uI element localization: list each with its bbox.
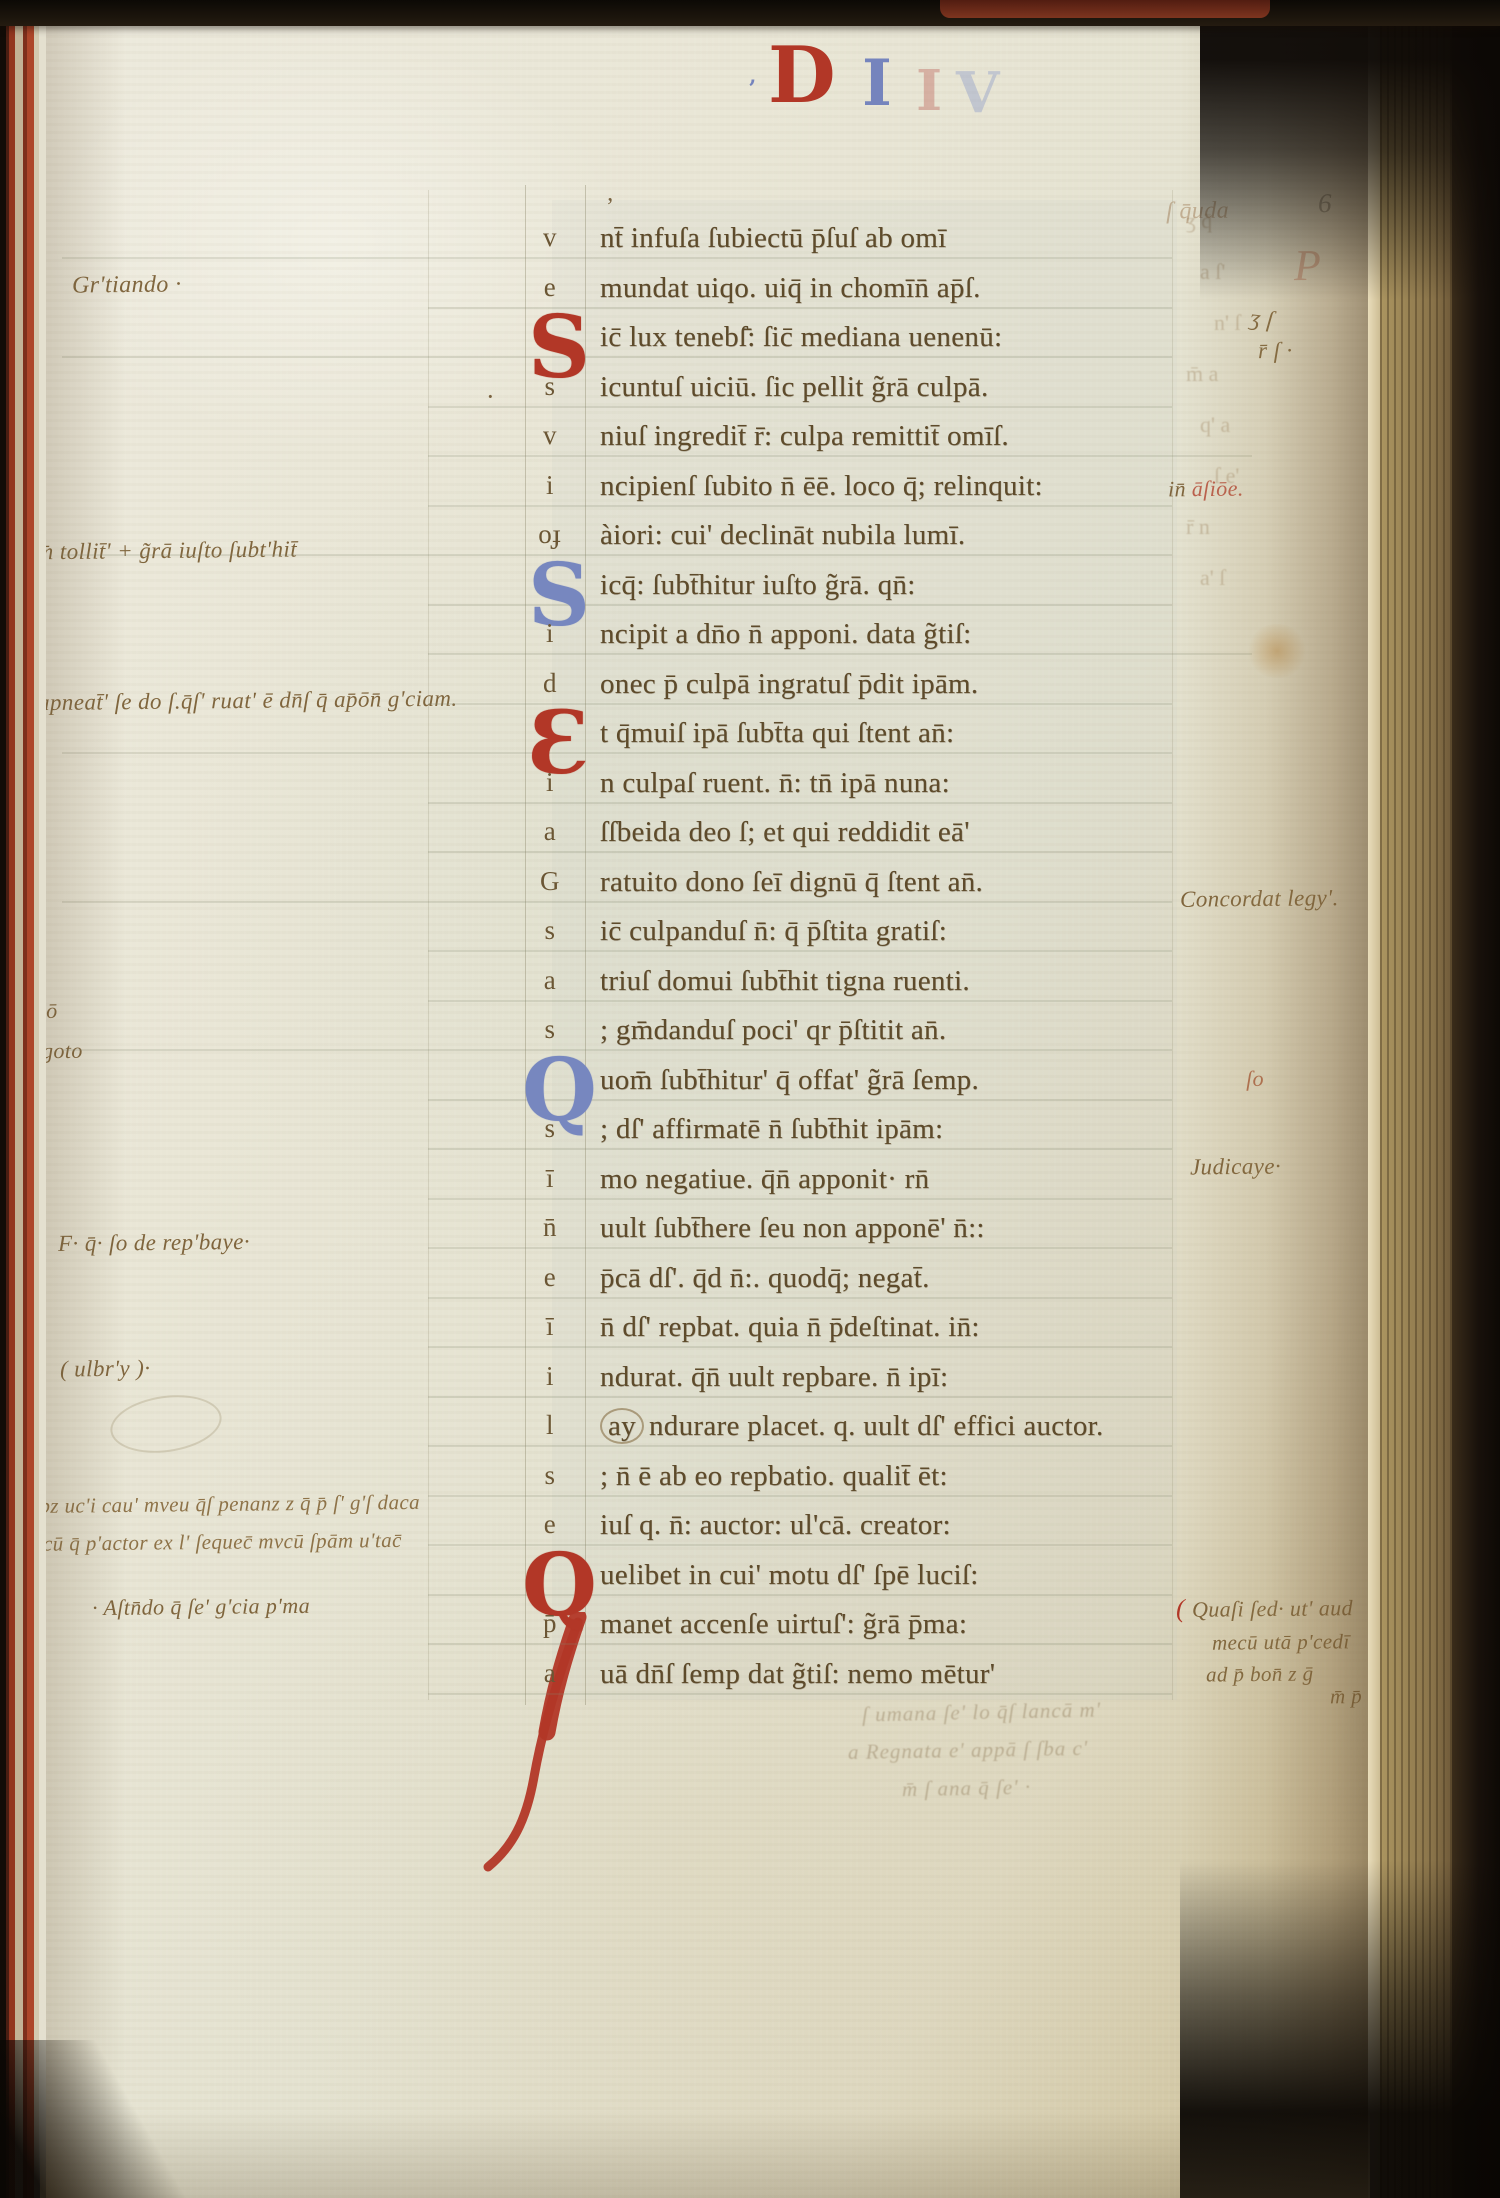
- line-text-body: t q̄muiſ ipā ſubt̄ta qui ſtent an̄:: [600, 717, 954, 749]
- line-text: uom̄ ſubt̄hitur' q̄ offat' g̃rā ſemp.: [600, 1064, 979, 1097]
- text-line: eiuſ q. n̄: auctor: ul'cā. creator:: [0, 1509, 1500, 1553]
- line-text-body: ; n̄ ē ab eo repbatio. qualit̄ ēt:: [600, 1460, 948, 1492]
- line-text: ratuito dono ſeī dignū q̄ ſtent an̄.: [600, 866, 983, 899]
- bottom-shade: [40, 2110, 1370, 2198]
- line-text: uelibet in cui' motu dſ' ſpē luciſ:: [600, 1559, 979, 1592]
- line-initial: i: [520, 470, 580, 501]
- line-text: mundat uiqo. uiq̄ in chomīn̄ ap̄ſ.: [600, 272, 981, 305]
- line-initial: i: [520, 618, 580, 649]
- ghost-bleedthrough-row: n' ſ: [1214, 310, 1241, 336]
- line-text: uult ſubt̄here ſeu non apponē' n̄::: [600, 1212, 985, 1245]
- text-line: uom̄ ſubt̄hitur' q̄ offat' g̃rā ſemp.: [0, 1064, 1500, 1108]
- line-text: icq̄: ſubt̄hitur iuſto g̃rā. qn̄:: [600, 569, 916, 602]
- line-text: ic̄ culpanduſ n̄: q̄ p̄ſtita gratiſ:: [600, 915, 947, 948]
- margin-mark-six: 6: [1318, 188, 1332, 219]
- line-initial: i: [520, 767, 580, 798]
- text-line: indurat. q̄n̄ uult repbare. n̄ ipī:: [0, 1361, 1500, 1405]
- text-line: īn̄ dſ' repbat. quia n̄ p̄deſtinat. in̄:: [0, 1311, 1500, 1355]
- line-text-body: ncipienſ ſubito n̄ ēē. loco q̄; relinqui…: [600, 470, 1043, 502]
- ghost-bleedthrough-row: a ſ': [1200, 259, 1225, 285]
- line-initial: ī: [520, 1163, 580, 1194]
- line-text-body: mo negatiue. q̄n̄ apponit· rn̄: [600, 1163, 929, 1195]
- ghost-bleedthrough-row: ſ e': [1214, 463, 1239, 489]
- ghost-bleedthrough-row: ʒ q̄: [1186, 208, 1212, 234]
- line-initial: s: [520, 915, 580, 946]
- line-initial: a: [520, 965, 580, 996]
- text-line: īmo negatiue. q̄n̄ apponit· rn̄: [0, 1163, 1500, 1207]
- line-initial: G: [520, 866, 580, 897]
- line-initial: i: [520, 1361, 580, 1392]
- header-letter-v-faded: V: [956, 60, 999, 126]
- text-line: emundat uiqo. uiq̄ in chomīn̄ ap̄ſ.: [0, 272, 1500, 316]
- line-initial: e: [520, 1262, 580, 1293]
- line-text: onec p̄ culpā ingratuſ p̄dit ipām.: [600, 668, 978, 701]
- line-text: manet accenſe uirtuſ': g̃rā p̄ma:: [600, 1608, 967, 1641]
- text-line: sic̄ culpanduſ n̄: q̄ p̄ſtita gratiſ:: [0, 915, 1500, 959]
- line-text: àiori: cui' declināt nubila lumī.: [600, 519, 965, 552]
- text-line: uelibet in cui' motu dſ' ſpē luciſ:: [0, 1559, 1500, 1603]
- line-text: ; dſ' affirmatē n̄ ſubt̄hit ipām:: [600, 1113, 943, 1146]
- line-text-body: nt̄ infuſa ſubiectū p̄ſuſ ab omī: [600, 222, 946, 254]
- line-text-body: ncipit a dn̄o n̄ apponi. data g̃tiſ:: [600, 618, 972, 650]
- showthrough-line-2: a Regnata e' appā ſ ſba c': [848, 1736, 1089, 1765]
- header-letter-i: I: [862, 46, 892, 121]
- line-text: iuſ q. n̄: auctor: ul'cā. creator:: [600, 1509, 951, 1542]
- line-text: ndurat. q̄n̄ uult repbare. n̄ ipī:: [600, 1361, 948, 1394]
- text-line: sicuntuſ uiciū. ſic pellit g̃rā culpā.: [0, 371, 1500, 415]
- text-line: incipienſ ſubito n̄ ēē. loco q̄; relinqu…: [0, 470, 1500, 514]
- line-text-body: p̄cā dſ'. q̄d n̄:. quodq̄; negat̄.: [600, 1262, 930, 1294]
- text-line: aſſbeida deo ſ; et qui reddidit eā': [0, 816, 1500, 860]
- circled-word: ay: [600, 1408, 644, 1444]
- line-initial: l: [520, 1410, 580, 1441]
- line-text: n culpaſ ruent. n̄: tn̄ ipā nuna:: [600, 767, 950, 800]
- header-letter-d: D: [768, 30, 836, 121]
- line-text-body: ndurat. q̄n̄ uult repbare. n̄ ipī:: [600, 1361, 948, 1393]
- line-text-body: ic̄ lux tenebſ̄: ſic̄ mediana uenenū:: [600, 321, 1002, 353]
- text-line: atriuſ domui ſubt̄hit tigna ruenti.: [0, 965, 1500, 1009]
- line-text-body: n culpaſ ruent. n̄: tn̄ ipā nuna:: [600, 767, 950, 799]
- line-text: niuſ ingredit̄ r̄: culpa remittit̄ omīſ.: [600, 420, 1009, 453]
- text-line: layndurare placet. q. uult dſ' effici au…: [0, 1410, 1500, 1454]
- line-text-body: ic̄ culpanduſ n̄: q̄ p̄ſtita gratiſ:: [600, 915, 947, 947]
- line-text-body: uult ſubt̄here ſeu non apponē' n̄::: [600, 1212, 985, 1244]
- line-initial: s: [520, 371, 580, 402]
- line-text: ; gm̄danduſ poci' qr p̄ſtitit an̄.: [600, 1014, 946, 1047]
- line-text-body: àiori: cui' declināt nubila lumī.: [600, 519, 965, 551]
- text-line: s; dſ' affirmatē n̄ ſubt̄hit ipām:: [0, 1113, 1500, 1157]
- line-text-body: triuſ domui ſubt̄hit tigna ruenti.: [600, 965, 970, 997]
- showthrough-line-3: m̄ ſ ana q̄ ſe' ·: [902, 1775, 1032, 1802]
- line-text-body: ; dſ' affirmatē n̄ ſubt̄hit ipām:: [600, 1113, 943, 1145]
- line-initial: n̄: [520, 1212, 580, 1243]
- line-text-body: ſſbeida deo ſ; et qui reddidit eā': [600, 816, 970, 848]
- line-text: icuntuſ uiciū. ſic pellit g̃rā culpā.: [600, 371, 989, 404]
- line-text: p̄cā dſ'. q̄d n̄:. quodq̄; negat̄.: [600, 1262, 930, 1295]
- line-text-body: uā dn̄ſ ſemp dat g̃tiſ: nemo mētur': [600, 1658, 995, 1690]
- line-text-body: iuſ q. n̄: auctor: ul'cā. creator:: [600, 1509, 951, 1541]
- line-text-body: mundat uiqo. uiq̄ in chomīn̄ ap̄ſ.: [600, 272, 981, 304]
- text-line: p̄manet accenſe uirtuſ': g̃rā p̄ma:: [0, 1608, 1500, 1652]
- line-initial: v: [520, 222, 580, 253]
- ghost-bleedthrough-row: q' a: [1200, 412, 1230, 438]
- text-line: vnt̄ infuſa ſubiectū p̄ſuſ ab omī: [0, 222, 1500, 266]
- line-text: nt̄ infuſa ſubiectū p̄ſuſ ab omī: [600, 222, 946, 255]
- line-text: mo negatiue. q̄n̄ apponit· rn̄: [600, 1163, 929, 1196]
- line-text: ncipit a dn̄o n̄ apponi. data g̃tiſ:: [600, 618, 972, 651]
- line-initial: s: [520, 1113, 580, 1144]
- text-line: s; n̄ ē ab eo repbatio. qualit̄ ēt:: [0, 1460, 1500, 1504]
- text-line: t q̄muiſ ipā ſubt̄ta qui ſtent an̄:: [0, 717, 1500, 761]
- ghost-bleedthrough-row: r̄ n: [1186, 514, 1210, 540]
- ghost-bleedthrough-row: m̄ a: [1186, 361, 1218, 387]
- top-red-foredge: [940, 0, 1270, 18]
- text-line: auā dn̄ſ ſemp dat g̃tiſ: nemo mētur': [0, 1658, 1500, 1702]
- line-text-body: manet accenſe uirtuſ': g̃rā p̄ma:: [600, 1608, 967, 1640]
- text-line: Gratuito dono ſeī dignū q̄ ſtent an̄.: [0, 866, 1500, 910]
- line-initial: a: [520, 816, 580, 847]
- line-text: t q̄muiſ ipā ſubt̄ta qui ſtent an̄:: [600, 717, 954, 750]
- text-line: donec p̄ culpā ingratuſ p̄dit ipām.: [0, 668, 1500, 712]
- line-text-body: ; gm̄danduſ poci' qr p̄ſtitit an̄.: [600, 1014, 946, 1046]
- line-initial: s: [520, 1460, 580, 1491]
- text-line: n̄uult ſubt̄here ſeu non apponē' n̄::: [0, 1212, 1500, 1256]
- text-line: ic̄ lux tenebſ̄: ſic̄ mediana uenenū:: [0, 321, 1500, 365]
- header-tick: ʼ: [748, 76, 756, 102]
- line-text: ; n̄ ē ab eo repbatio. qualit̄ ēt:: [600, 1460, 948, 1493]
- red-initial-swash: [460, 1612, 630, 1882]
- text-line: s; gm̄danduſ poci' qr p̄ſtitit an̄.: [0, 1014, 1500, 1058]
- header-letter-i-faded: I: [916, 58, 942, 124]
- text-line: vniuſ ingredit̄ r̄: culpa remittit̄ omīſ…: [0, 420, 1500, 464]
- top-book-edge: [0, 0, 1500, 26]
- line-text-body: ratuito dono ſeī dignū q̄ ſtent an̄.: [600, 866, 983, 898]
- bottom-right-shadow: [1180, 1860, 1500, 2198]
- line-text: n̄ dſ' repbat. quia n̄ p̄deſtinat. in̄:: [600, 1311, 980, 1344]
- line-text: ayndurare placet. q. uult dſ' effici auc…: [600, 1410, 1104, 1443]
- line-text: uā dn̄ſ ſemp dat g̃tiſ: nemo mētur': [600, 1658, 995, 1691]
- line-text-body: icuntuſ uiciū. ſic pellit g̃rā culpā.: [600, 371, 989, 403]
- ghost-bleedthrough-row: a' ſ: [1200, 565, 1225, 591]
- line-text: triuſ domui ſubt̄hit tigna ruenti.: [600, 965, 970, 998]
- line-text-body: uelibet in cui' motu dſ' ſpē luciſ:: [600, 1559, 979, 1591]
- line-text-body: icq̄: ſubt̄hitur iuſto g̃rā. qn̄:: [600, 569, 916, 601]
- showthrough-line-1: ſ umana ſe' lo q̄ſ lancā m': [862, 1697, 1102, 1727]
- text-line: oɟàiori: cui' declināt nubila lumī.: [0, 519, 1500, 563]
- text-line: ep̄cā dſ'. q̄d n̄:. quodq̄; negat̄.: [0, 1262, 1500, 1306]
- line-text-body: n̄ dſ' repbat. quia n̄ p̄deſtinat. in̄:: [600, 1311, 980, 1343]
- line-text-body: uom̄ ſubt̄hitur' q̄ offat' g̃rā ſemp.: [600, 1064, 979, 1096]
- line-initial: a: [520, 1658, 580, 1689]
- line-text-body: onec p̄ culpā ingratuſ p̄dit ipām.: [600, 668, 978, 700]
- flourish-mark: ʼ: [606, 194, 614, 221]
- text-line: icq̄: ſubt̄hitur iuſto g̃rā. qn̄:: [0, 569, 1500, 613]
- line-initial: p̄: [520, 1608, 580, 1639]
- text-line: incipit a dn̄o n̄ apponi. data g̃tiſ:: [0, 618, 1500, 662]
- line-text-body: ndurare placet. q. uult dſ' effici aucto…: [649, 1410, 1104, 1442]
- line-initial: ī: [520, 1311, 580, 1342]
- manuscript-photo: ʼ D I I V Gr'tiando · q̄im̄ tollit̄' + g…: [0, 0, 1500, 2198]
- line-text: ſſbeida deo ſ; et qui reddidit eā': [600, 816, 970, 849]
- line-initial: v: [520, 420, 580, 451]
- bottom-left-shadow: [0, 2040, 220, 2198]
- line-text: ncipienſ ſubito n̄ ēē. loco q̄; relinqui…: [600, 470, 1043, 503]
- line-text: ic̄ lux tenebſ̄: ſic̄ mediana uenenū:: [600, 321, 1002, 354]
- text-line: in culpaſ ruent. n̄: tn̄ ipā nuna:: [0, 767, 1500, 811]
- line-text-body: niuſ ingredit̄ r̄: culpa remittit̄ omīſ.: [600, 420, 1009, 452]
